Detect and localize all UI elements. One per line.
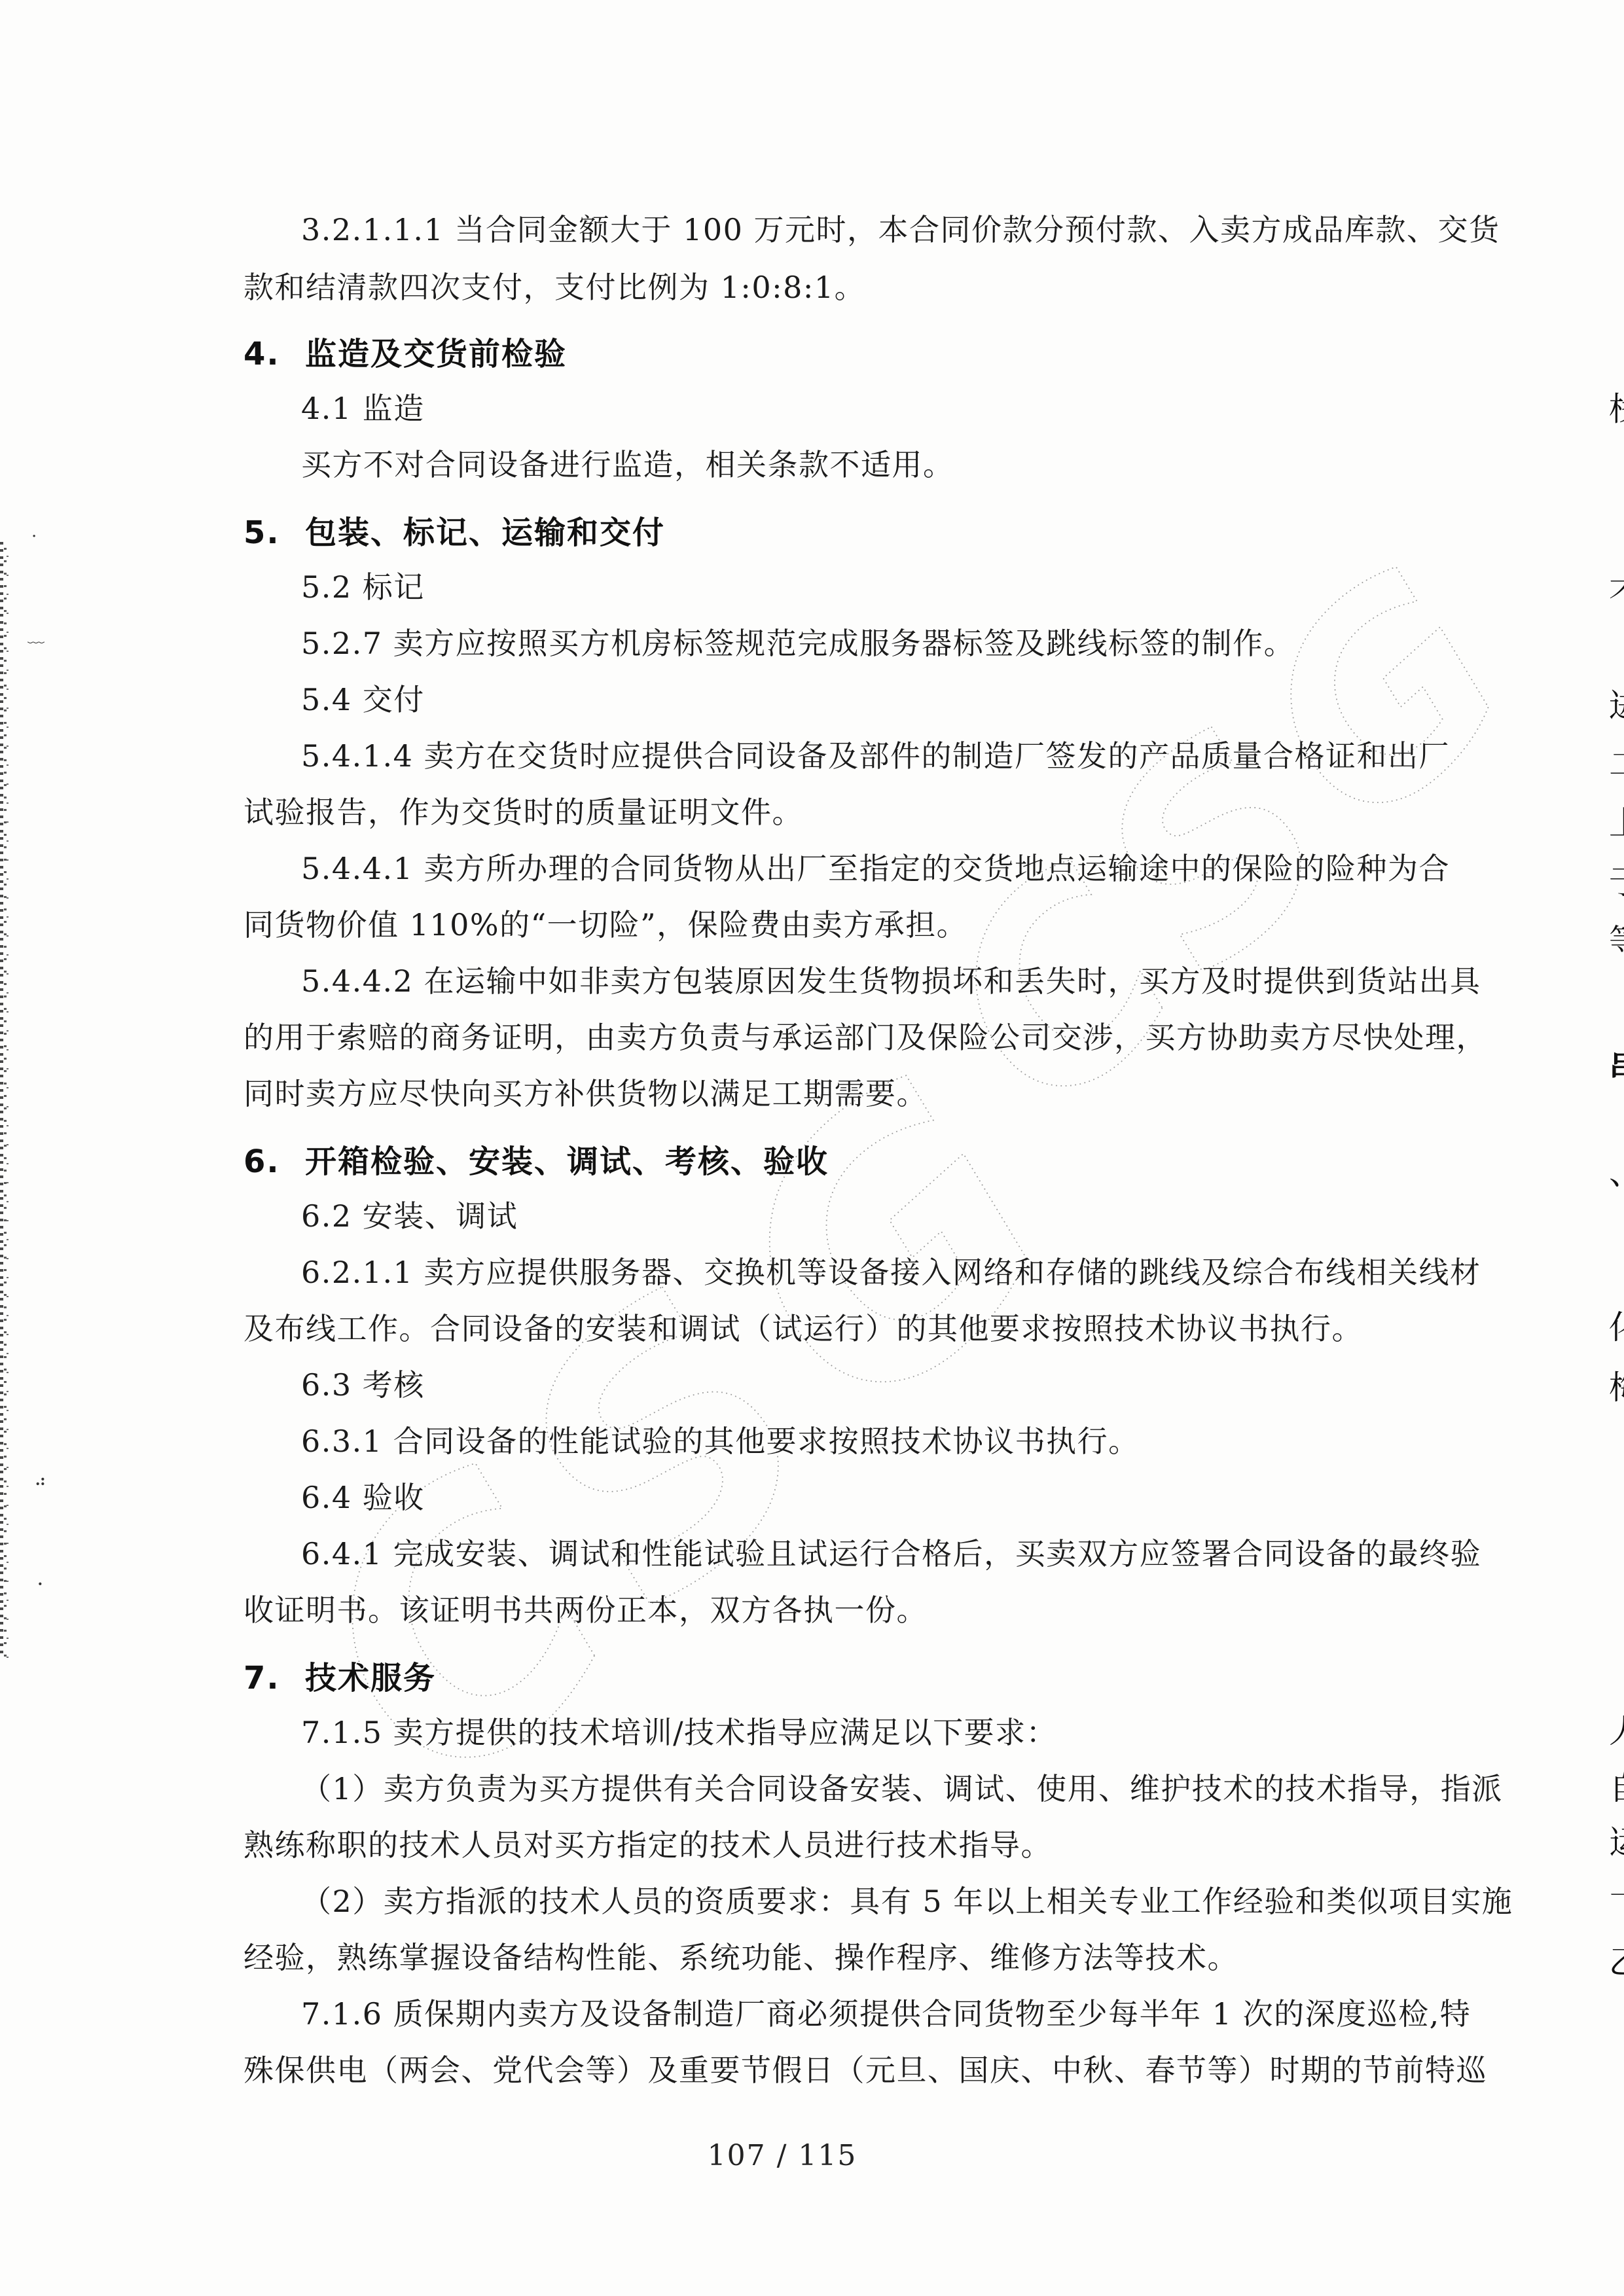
- text-line: 4.1 监造: [301, 385, 425, 428]
- section-heading: 5.包装、标记、运输和交付: [244, 507, 665, 552]
- text-line: 6.2.1.1 卖方应提供服务器、交换机等设备接入网络和存储的跳线及综合布线相关…: [301, 1249, 1481, 1292]
- text-line: 经验，熟练掌握设备结构性能、系统功能、操作程序、维修方法等技术。: [244, 1934, 1238, 1977]
- text-line: 5.4.4.1 卖方所办理的合同货物从出厂至指定的交货地点运输途中的保险的险种为…: [301, 845, 1450, 888]
- text-line: （1）卖方负责为买方提供有关合同设备安装、调试、使用、维护技术的技术指导，指派: [301, 1765, 1503, 1808]
- text-line: 6.3.1 合同设备的性能试验的其他要求按照技术协议书执行。: [301, 1418, 1140, 1461]
- text-line: 5.4.1.4 卖方在交货时应提供合同设备及部件的制造厂签发的产品质量合格证和出…: [301, 732, 1450, 776]
- text-line: 款和结清款四次支付，支付比例为 1:0:8:1。: [244, 264, 865, 307]
- scanned-document-page: CSG CSG 3.2.1.1.1 当合同金额大于 100 万元时，本合同价款分…: [0, 0, 1624, 2296]
- document-body: 3.2.1.1.1 当合同金额大于 100 万元时，本合同价款分预付款、入卖方成…: [0, 0, 1624, 2296]
- text-line: 5.4 交付: [301, 676, 425, 719]
- edge-character-fragment: 于: [1609, 856, 1624, 898]
- section-heading: 4.监造及交货前检验: [244, 329, 567, 374]
- scan-speck: ·: [31, 527, 37, 547]
- section-heading: 6.开箱检验、安装、调试、考核、验收: [244, 1136, 829, 1181]
- edge-character-fragment: 人: [1609, 1705, 1624, 1747]
- text-line: 6.4.1 完成安装、调试和性能试验且试运行合格后，买卖双方应签署合同设备的最终…: [301, 1530, 1481, 1573]
- scan-speck: ⠴: [34, 1471, 46, 1491]
- text-line: 买方不对合同设备进行监造，相关条款不适用。: [301, 441, 954, 484]
- text-line: 5.4.4.2 在运输中如非卖方包装原因发生货物损坏和丢失时，买方及时提供到货站…: [301, 958, 1481, 1001]
- section-title: 包装、标记、运输和交付: [305, 514, 665, 551]
- scan-speck: ⠐: [31, 1576, 44, 1596]
- text-line: 7.1.6 质保期内卖方及设备制造厂商必须提供合同货物至少每半年 1 次的深度巡…: [301, 1990, 1471, 2034]
- edge-character-fragment: 不: [1609, 568, 1624, 610]
- edge-character-fragment: 飞: [1609, 1882, 1624, 1924]
- text-line: （2）卖方指派的技术人员的资质要求：具有 5 年以上相关专业工作经验和类似项目实…: [301, 1878, 1513, 1921]
- edge-character-fragment: 等: [1609, 915, 1624, 957]
- text-line: 同时卖方应尽快向买方补供货物以满足工期需要。: [244, 1070, 928, 1113]
- section-title: 技术服务: [305, 1660, 436, 1696]
- edge-character-fragment: 二: [1609, 738, 1624, 780]
- section-number: 4.: [244, 336, 305, 372]
- scan-speck: ﹏: [27, 623, 45, 647]
- text-line: 收证明书。该证明书共两份正本，双方各执一份。: [244, 1587, 928, 1630]
- section-heading: 7.技术服务: [244, 1653, 436, 1698]
- section-title: 监造及交货前检验: [305, 336, 567, 372]
- edge-character-fragment: 上: [1609, 797, 1624, 839]
- text-line: 5.2.7 卖方应按照买方机房标签规范完成服务器标签及跳线标签的制作。: [301, 620, 1295, 663]
- text-line: 同货物价值 110%的“一切险”，保险费由卖方承担。: [244, 901, 967, 944]
- text-line: 的用于索赔的商务证明，由卖方负责与承运部门及保险公司交涉，买方协助卖方尽快处理，: [244, 1014, 1487, 1057]
- edge-character-fragment: 梅: [1609, 1361, 1624, 1403]
- section-number: 7.: [244, 1660, 305, 1696]
- text-line: 5.2 标记: [301, 564, 425, 607]
- text-line: 及布线工作。合同设备的安装和调试（试运行）的其他要求按照技术协议书执行。: [244, 1305, 1363, 1348]
- text-line: 7.1.5 卖方提供的技术培训/技术指导应满足以下要求：: [301, 1709, 1057, 1752]
- section-title: 开箱检验、安装、调试、考核、验收: [305, 1143, 829, 1180]
- edge-character-fragment: 进: [1609, 679, 1624, 721]
- edge-character-fragment: 、: [1609, 1147, 1624, 1189]
- edge-character-fragment: 自: [1609, 1762, 1624, 1804]
- edge-character-fragment: 串: [1609, 1039, 1624, 1081]
- edge-character-fragment: 刂: [1609, 1191, 1624, 1233]
- text-line: 6.2 安装、调试: [301, 1193, 518, 1236]
- section-number: 5.: [244, 514, 305, 551]
- edge-character-fragment: 栈: [1609, 383, 1624, 425]
- text-line: 6.4 验收: [301, 1474, 425, 1517]
- text-line: 殊保供电（两会、党代会等）及重要节假日（元旦、国庆、中秋、春节等）时期的节前特巡: [244, 2047, 1487, 2090]
- edge-character-fragment: 运: [1609, 1816, 1624, 1858]
- edge-character-fragment: 丨: [1609, 1101, 1624, 1143]
- edge-character-fragment: 乙: [1609, 1936, 1624, 1978]
- page-number: 107 / 115: [0, 2139, 1564, 2172]
- text-line: 试验报告，作为交货时的质量证明文件。: [244, 789, 803, 832]
- text-line: 熟练称职的技术人员对买方指定的技术人员进行技术指导。: [244, 1821, 1052, 1865]
- section-number: 6.: [244, 1143, 305, 1180]
- text-line: 6.3 考核: [301, 1361, 425, 1405]
- text-line: 3.2.1.1.1 当合同金额大于 100 万元时，本合同价款分预付款、入卖方成…: [301, 206, 1500, 249]
- edge-character-fragment: 化: [1609, 1301, 1624, 1343]
